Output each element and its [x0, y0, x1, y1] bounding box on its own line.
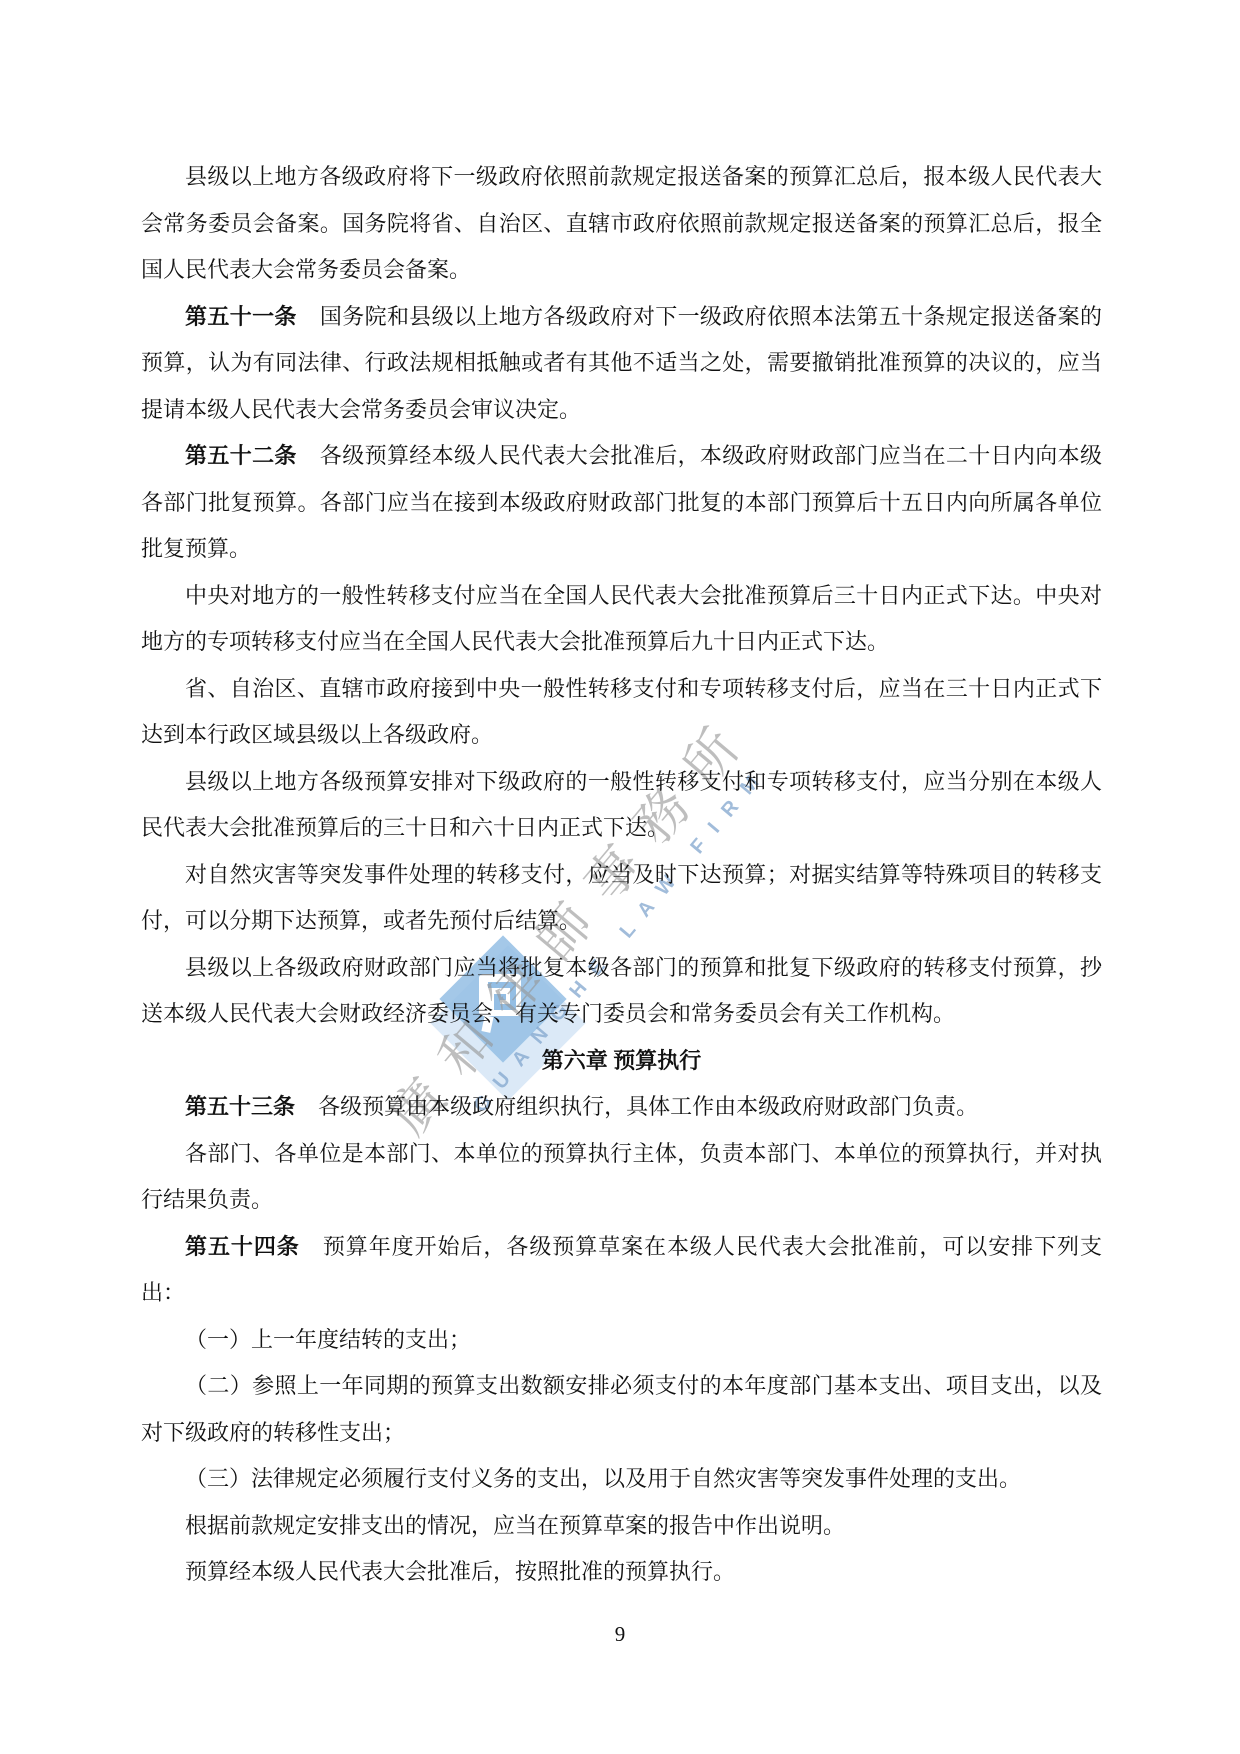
paragraph: 中央对地方的一般性转移支付应当在全国人民代表大会批准预算后三十日内正式下达。中央… — [141, 573, 1102, 666]
paragraph: 各部门、各单位是本部门、本单位的预算执行主体，负责本部门、本单位的预算执行，并对… — [141, 1131, 1102, 1224]
paragraph-article-52: 第五十二条各级预算经本级人民代表大会批准后，本级政府财政部门应当在二十日内向本级… — [141, 433, 1102, 573]
article-number: 第五十一条 — [185, 304, 297, 329]
paragraph: 预算经本级人民代表大会批准后，按照批准的预算执行。 — [141, 1549, 1102, 1596]
paragraph-article-53: 第五十三条各级预算由本级政府组织执行，具体工作由本级政府财政部门负责。 — [141, 1084, 1102, 1131]
page-number: 9 — [0, 1622, 1240, 1647]
paragraph-article-51: 第五十一条国务院和县级以上地方各级政府对下一级政府依照本法第五十条规定报送备案的… — [141, 294, 1102, 434]
paragraph-article-54: 第五十四条预算年度开始后，各级预算草案在本级人民代表大会批准前，可以安排下列支出… — [141, 1224, 1102, 1317]
article-number: 第五十三条 — [185, 1094, 295, 1119]
paragraph-list-item: （三）法律规定必须履行支付义务的支出，以及用于自然灾害等突发事件处理的支出。 — [141, 1456, 1102, 1503]
paragraph: 县级以上各级政府财政部门应当将批复本级各部门的预算和批复下级政府的转移支付预算，… — [141, 945, 1102, 1038]
paragraph: 根据前款规定安排支出的情况，应当在预算草案的报告中作出说明。 — [141, 1503, 1102, 1550]
paragraph: 县级以上地方各级预算安排对下级政府的一般性转移支付和专项转移支付，应当分别在本级… — [141, 759, 1102, 852]
article-number: 第五十四条 — [185, 1234, 300, 1259]
document-body: 县级以上地方各级政府将下一级政府依照前款规定报送备案的预算汇总后，报本级人民代表… — [141, 154, 1102, 1596]
paragraph: 对自然灾害等突发事件处理的转移支付，应当及时下达预算；对据实结算等特殊项目的转移… — [141, 852, 1102, 945]
chapter-heading: 第六章 预算执行 — [141, 1038, 1102, 1085]
paragraph-list-item: （一）上一年度结转的支出； — [141, 1317, 1102, 1364]
paragraph-list-item: （二）参照上一年同期的预算支出数额安排必须支付的本年度部门基本支出、项目支出，以… — [141, 1363, 1102, 1456]
paragraph: 省、自治区、直辖市政府接到中央一般性转移支付和专项转移支付后，应当在三十日内正式… — [141, 666, 1102, 759]
article-number: 第五十二条 — [185, 443, 297, 468]
article-text: 各级预算由本级政府组织执行，具体工作由本级政府财政部门负责。 — [318, 1094, 978, 1119]
paragraph: 县级以上地方各级政府将下一级政府依照前款规定报送备案的预算汇总后，报本级人民代表… — [141, 154, 1102, 294]
document-page: 廣和律師事務所 GUANGHE LAW FIRM 县级以上地方各级政府将下一级政… — [0, 0, 1240, 1754]
